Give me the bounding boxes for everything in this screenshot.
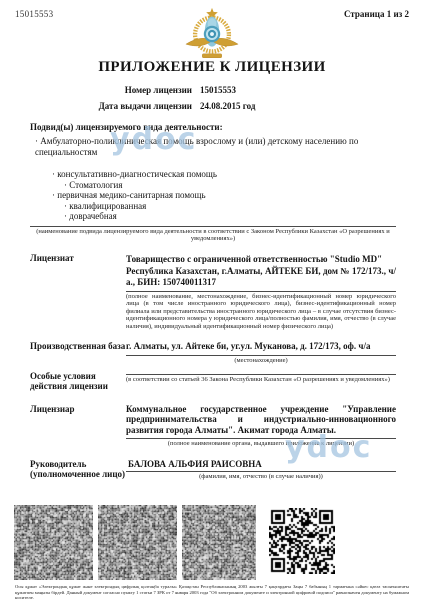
datamatrix-barcode-1 [14, 505, 93, 580]
activity-item: первичная медико-санитарная помощь [52, 190, 396, 201]
divider-line [126, 291, 396, 292]
licensor-section: Лицензиар Коммунальное государственное у… [30, 404, 396, 448]
head-official-section: Руководитель (уполномоченное лицо) БАЛОВ… [30, 459, 396, 481]
production-base-value: г. Алматы, ул. Айтеке би, уг.ул. Муканов… [126, 341, 396, 352]
activity-item: доврачебная [64, 211, 396, 222]
licensee-label: Лицензиат [30, 253, 126, 331]
licensor-value: Коммунальное государственное учреждение … [126, 404, 396, 436]
licensee-caption: (полное наименование, местонахождение, б… [126, 293, 396, 331]
production-base-label: Производственная база [30, 341, 126, 365]
divider-line [30, 226, 396, 227]
head-official-name: БАЛОВА АЛЬФИЯ РАИСОВНА [126, 459, 396, 470]
special-conditions-label: Особые условия действия лицензии [30, 371, 126, 392]
licensee-address: Республика Казахстан, г.Алматы, АЙТЕКЕ Б… [126, 266, 396, 288]
document-number: 15015553 [15, 9, 53, 19]
activity-item: квалифицированная [64, 201, 396, 212]
licensor-caption: (полное наименование органа, выдавшего п… [126, 440, 396, 448]
divider-line [126, 438, 396, 439]
divider-line [126, 355, 396, 356]
head-official-label: Руководитель (уполномоченное лицо) [30, 459, 126, 481]
license-meta: Номер лицензии 15015553 Дата выдачи лице… [0, 85, 424, 111]
activity-item: Стоматология [64, 180, 396, 191]
datamatrix-barcode-2 [98, 505, 177, 580]
licensor-label: Лицензиар [30, 404, 126, 448]
production-base-section: Производственная база г. Алматы, ул. Айт… [30, 341, 396, 365]
legal-footnote: Осы құжат «Электрондық құжат және электр… [15, 584, 409, 600]
license-number-value: 15015553 [192, 85, 424, 95]
kazakhstan-coat-of-arms-icon [183, 7, 241, 62]
page-indicator: Страница 1 из 2 [344, 9, 409, 19]
datamatrix-barcode-3 [182, 505, 256, 580]
production-base-caption: (местонахождение) [126, 357, 396, 365]
barcode-strip [14, 505, 335, 580]
license-number-label: Номер лицензии [0, 85, 192, 95]
activities-list: Амбулаторно-поликлиническая помощь взрос… [30, 136, 396, 222]
license-appendix-document: 15015553 Страница 1 из 2 ПРИЛОЖЕНИЕ К ЛИ… [0, 0, 424, 600]
divider-line [126, 374, 396, 375]
issue-date-value: 24.08.2015 год [192, 101, 424, 111]
issue-date-label: Дата выдачи лицензии [0, 101, 192, 111]
licensee-name: Товарищество с ограниченной ответственно… [126, 253, 396, 265]
special-conditions-section: Особые условия действия лицензии (в соот… [30, 371, 396, 392]
signature-line [126, 471, 396, 472]
licensee-section: Лицензиат Товарищество с ограниченной от… [30, 253, 396, 331]
head-official-caption: (фамилия, имя, отчество (в случае наличи… [126, 473, 396, 481]
activities-caption: (наименование подвида лицензируемого вид… [30, 228, 396, 243]
special-conditions-caption: (в соответствии со статьей 36 Закона Рес… [126, 376, 396, 384]
activity-item: консультативно-диагностическая помощь [52, 169, 396, 180]
qr-code [269, 508, 335, 574]
activities-heading: Подвид(ы) лицензируемого вида деятельнос… [30, 122, 396, 132]
activity-item: Амбулаторно-поликлиническая помощь взрос… [35, 136, 396, 157]
